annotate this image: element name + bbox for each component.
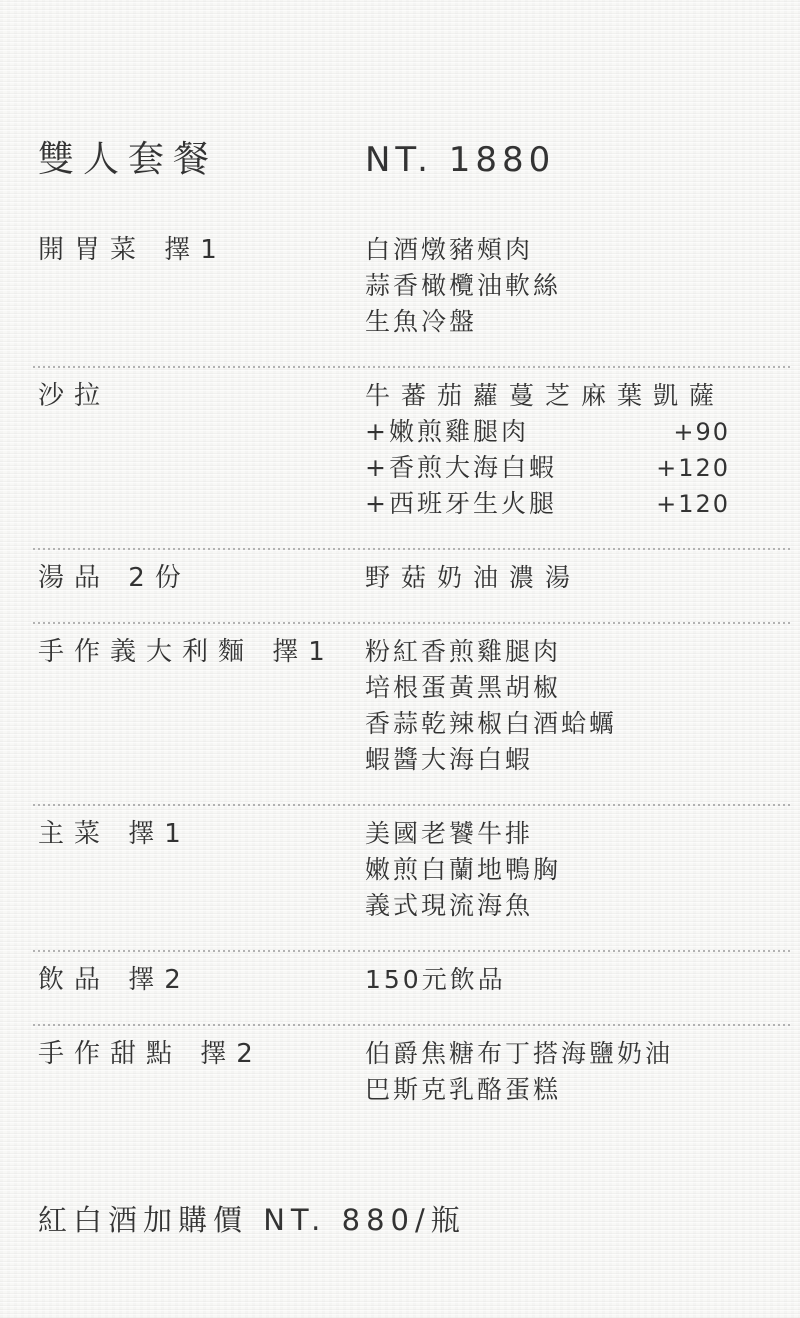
menu-item-name: 培根蛋黃黑胡椒 bbox=[365, 670, 561, 706]
section-items: 美國老饕牛排嫩煎白蘭地鴨胸義式現流海魚 bbox=[365, 816, 730, 924]
menu-item-row: 伯爵焦糖布丁搭海鹽奶油 bbox=[365, 1036, 730, 1072]
section-items: 150元飲品 bbox=[365, 962, 730, 998]
menu-item-name: 巴斯克乳酪蛋糕 bbox=[365, 1072, 561, 1108]
menu-section: 沙拉牛蕃茄蘿蔓芝麻葉凱薩+嫩煎雞腿肉+90+香煎大海白蝦+120+西班牙生火腿+… bbox=[38, 368, 730, 548]
wine-addon-note: 紅白酒加購價 NT. 880/瓶 bbox=[38, 1198, 730, 1242]
menu-section: 主菜 擇1美國老饕牛排嫩煎白蘭地鴨胸義式現流海魚 bbox=[38, 806, 730, 950]
menu-item-row: +香煎大海白蝦+120 bbox=[365, 450, 730, 486]
menu-item-row: +嫩煎雞腿肉+90 bbox=[365, 414, 730, 450]
menu-item-row: 嫩煎白蘭地鴨胸 bbox=[365, 852, 730, 888]
section-items: 牛蕃茄蘿蔓芝麻葉凱薩+嫩煎雞腿肉+90+香煎大海白蝦+120+西班牙生火腿+12… bbox=[365, 378, 730, 522]
section-label: 手作義大利麵 擇1 bbox=[38, 634, 365, 778]
menu-item-name: 牛蕃茄蘿蔓芝麻葉凱薩 bbox=[365, 378, 725, 414]
menu-item-name: 伯爵焦糖布丁搭海鹽奶油 bbox=[365, 1036, 673, 1072]
menu-item-price: +120 bbox=[656, 450, 730, 486]
menu-item-name: 蝦醬大海白蝦 bbox=[365, 742, 533, 778]
menu-item-row: 粉紅香煎雞腿肉 bbox=[365, 634, 730, 670]
menu-item-row: 150元飲品 bbox=[365, 962, 730, 998]
menu-item-name: 白酒燉豬頰肉 bbox=[365, 232, 533, 268]
menu-item-row: 香蒜乾辣椒白酒蛤蠣 bbox=[365, 706, 730, 742]
menu-item-price: +90 bbox=[673, 414, 730, 450]
menu-section: 湯品 2份野菇奶油濃湯 bbox=[38, 550, 730, 622]
menu-item-name: 嫩煎白蘭地鴨胸 bbox=[365, 852, 561, 888]
menu-header: 雙人套餐 NT. 1880 bbox=[38, 138, 730, 182]
menu-sections: 開胃菜 擇1白酒燉豬頰肉蒜香橄欖油軟絲生魚冷盤沙拉牛蕃茄蘿蔓芝麻葉凱薩+嫩煎雞腿… bbox=[38, 222, 730, 1134]
section-label: 飲品 擇2 bbox=[38, 962, 365, 998]
menu-item-name: +嫩煎雞腿肉 bbox=[365, 414, 529, 450]
menu-item-row: 生魚冷盤 bbox=[365, 304, 730, 340]
section-label: 主菜 擇1 bbox=[38, 816, 365, 924]
menu-title: 雙人套餐 bbox=[38, 138, 365, 182]
menu-item-name: 美國老饕牛排 bbox=[365, 816, 533, 852]
menu-item-name: 野菇奶油濃湯 bbox=[365, 560, 581, 596]
menu-item-row: 白酒燉豬頰肉 bbox=[365, 232, 730, 268]
menu-item-row: 牛蕃茄蘿蔓芝麻葉凱薩 bbox=[365, 378, 730, 414]
menu-item-name: 香蒜乾辣椒白酒蛤蠣 bbox=[365, 706, 617, 742]
section-items: 野菇奶油濃湯 bbox=[365, 560, 730, 596]
menu-footer: 紅白酒加購價 NT. 880/瓶 bbox=[38, 1198, 730, 1242]
menu-item-row: 巴斯克乳酪蛋糕 bbox=[365, 1072, 730, 1108]
section-items: 粉紅香煎雞腿肉培根蛋黃黑胡椒香蒜乾辣椒白酒蛤蠣蝦醬大海白蝦 bbox=[365, 634, 730, 778]
menu-item-row: 培根蛋黃黑胡椒 bbox=[365, 670, 730, 706]
section-label: 開胃菜 擇1 bbox=[38, 232, 365, 340]
menu-item-row: 野菇奶油濃湯 bbox=[365, 560, 730, 596]
menu-section: 手作甜點 擇2伯爵焦糖布丁搭海鹽奶油巴斯克乳酪蛋糕 bbox=[38, 1026, 730, 1134]
menu-item-name: 蒜香橄欖油軟絲 bbox=[365, 268, 561, 304]
menu-item-row: 義式現流海魚 bbox=[365, 888, 730, 924]
menu-item-name: 生魚冷盤 bbox=[365, 304, 477, 340]
section-items: 伯爵焦糖布丁搭海鹽奶油巴斯克乳酪蛋糕 bbox=[365, 1036, 730, 1108]
menu-section: 手作義大利麵 擇1粉紅香煎雞腿肉培根蛋黃黑胡椒香蒜乾辣椒白酒蛤蠣蝦醬大海白蝦 bbox=[38, 624, 730, 804]
menu-item-row: 蒜香橄欖油軟絲 bbox=[365, 268, 730, 304]
menu-section: 開胃菜 擇1白酒燉豬頰肉蒜香橄欖油軟絲生魚冷盤 bbox=[38, 222, 730, 366]
menu-price: NT. 1880 bbox=[365, 138, 730, 182]
section-label: 手作甜點 擇2 bbox=[38, 1036, 365, 1108]
menu-section: 飲品 擇2150元飲品 bbox=[38, 952, 730, 1024]
section-label: 湯品 2份 bbox=[38, 560, 365, 596]
menu-item-name: 150元飲品 bbox=[365, 962, 506, 998]
menu-item-name: 粉紅香煎雞腿肉 bbox=[365, 634, 561, 670]
menu-item-name: 義式現流海魚 bbox=[365, 888, 533, 924]
menu-item-name: +西班牙生火腿 bbox=[365, 486, 557, 522]
menu-item-row: 蝦醬大海白蝦 bbox=[365, 742, 730, 778]
menu-page: 雙人套餐 NT. 1880 開胃菜 擇1白酒燉豬頰肉蒜香橄欖油軟絲生魚冷盤沙拉牛… bbox=[0, 0, 800, 1242]
menu-item-price: +120 bbox=[656, 486, 730, 522]
menu-item-row: +西班牙生火腿+120 bbox=[365, 486, 730, 522]
section-items: 白酒燉豬頰肉蒜香橄欖油軟絲生魚冷盤 bbox=[365, 232, 730, 340]
menu-item-row: 美國老饕牛排 bbox=[365, 816, 730, 852]
section-label: 沙拉 bbox=[38, 378, 365, 522]
menu-item-name: +香煎大海白蝦 bbox=[365, 450, 557, 486]
